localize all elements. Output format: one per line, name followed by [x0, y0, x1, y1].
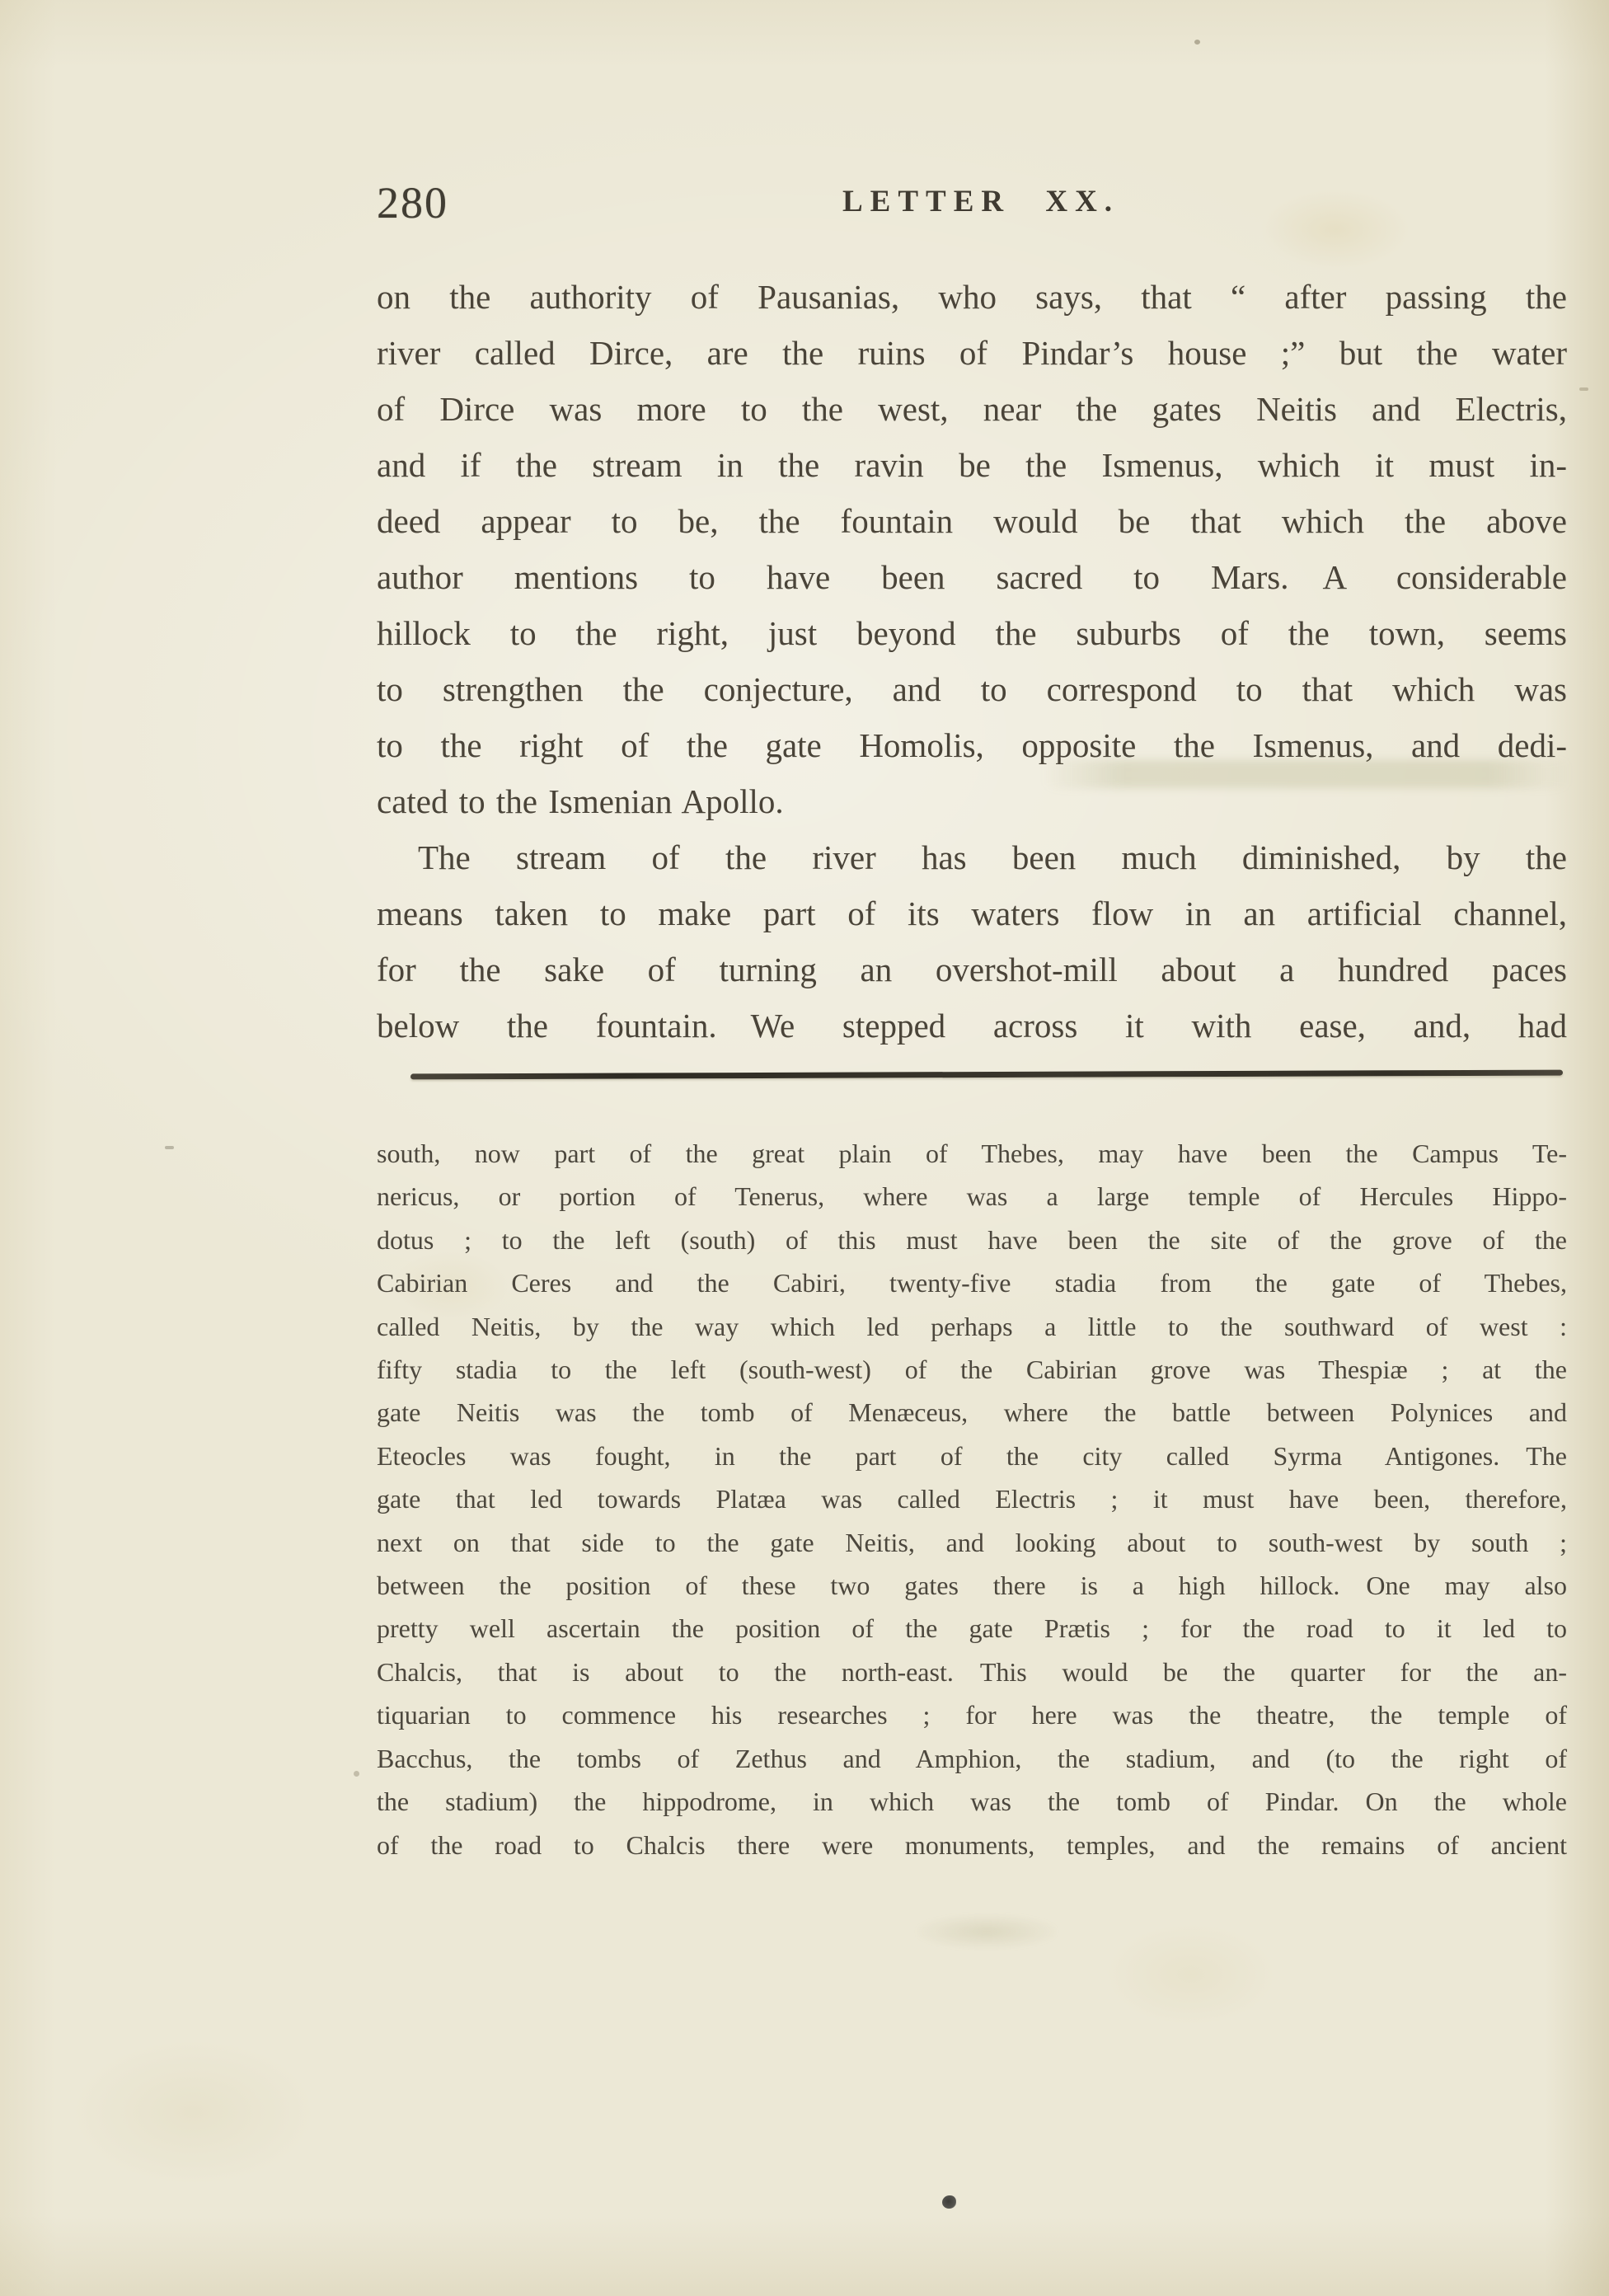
paper-speck	[1579, 387, 1588, 391]
text-line: called Neitis, by the way which led perh…	[377, 1305, 1567, 1348]
text-line: pretty well ascertain the position of th…	[377, 1607, 1567, 1650]
text-line: tiquarian to commence his researches ; f…	[377, 1693, 1567, 1736]
text-line: fifty stadia to the left (south-west) of…	[377, 1348, 1567, 1391]
text-line: next on that side to the gate Neitis, an…	[377, 1521, 1567, 1564]
text-line: of the road to Chalcis there were monume…	[377, 1824, 1567, 1866]
text-line: to strengthen the conjecture, and to cor…	[377, 661, 1567, 717]
text-line: the stadium) the hippodrome, in which wa…	[377, 1780, 1567, 1823]
footnote-separator-rule	[410, 1070, 1563, 1080]
text-line: for the sake of turning an overshot-mill…	[377, 941, 1567, 998]
ink-bleedthrough-smudge	[917, 1914, 1057, 1949]
text-line: gate that led towards Platæa was called …	[377, 1477, 1567, 1520]
text-line: hillock to the right, just beyond the su…	[377, 605, 1567, 661]
paragraph-1: on the authority of Pausanias, who says,…	[377, 269, 1567, 829]
text-line: deed appear to be, the fountain would be…	[377, 493, 1567, 549]
footnote-text-block: south, now part of the great plain of Th…	[377, 1132, 1567, 1866]
text-line: on the authority of Pausanias, who says,…	[377, 269, 1567, 325]
ink-speck	[942, 2195, 956, 2209]
book-page: 280 LETTER XX. on the authority of Pausa…	[0, 0, 1609, 2296]
text-line: author mentions to have been sacred to M…	[377, 549, 1567, 605]
paper-speck	[165, 1146, 174, 1149]
text-line: Chalcis, that is about to the north-east…	[377, 1650, 1567, 1693]
page-number: 280	[377, 181, 448, 225]
text-line: below the fountain. We stepped across it…	[377, 998, 1567, 1054]
text-line: nericus, or portion of Tenerus, where wa…	[377, 1175, 1567, 1218]
text-line: Bacchus, the tombs of Zethus and Amphion…	[377, 1737, 1567, 1780]
text-line: between the position of these two gates …	[377, 1564, 1567, 1607]
text-line: gate Neitis was the tomb of Menæceus, wh…	[377, 1391, 1567, 1434]
text-line: means taken to make part of its waters f…	[377, 885, 1567, 941]
text-line: and if the stream in the ravin be the Is…	[377, 437, 1567, 493]
text-line: Cabirian Ceres and the Cabiri, twenty-fi…	[377, 1261, 1567, 1304]
text-line: of Dirce was more to the west, near the …	[377, 381, 1567, 437]
ink-bleedthrough-smudge	[1043, 760, 1570, 788]
text-line: south, now part of the great plain of Th…	[377, 1132, 1567, 1175]
main-text-block: on the authority of Pausanias, who says,…	[377, 269, 1567, 1054]
running-title: LETTER XX.	[842, 186, 1119, 217]
text-line: Eteocles was fought, in the part of the …	[377, 1434, 1567, 1477]
text-line: dotus ; to the left (south) of this must…	[377, 1218, 1567, 1261]
text-line: river called Dirce, are the ruins of Pin…	[377, 325, 1567, 381]
paper-speck	[354, 1771, 359, 1777]
paragraph-2: The stream of the river has been much di…	[377, 829, 1567, 1054]
paper-speck	[1194, 40, 1200, 45]
text-line: The stream of the river has been much di…	[377, 829, 1567, 885]
